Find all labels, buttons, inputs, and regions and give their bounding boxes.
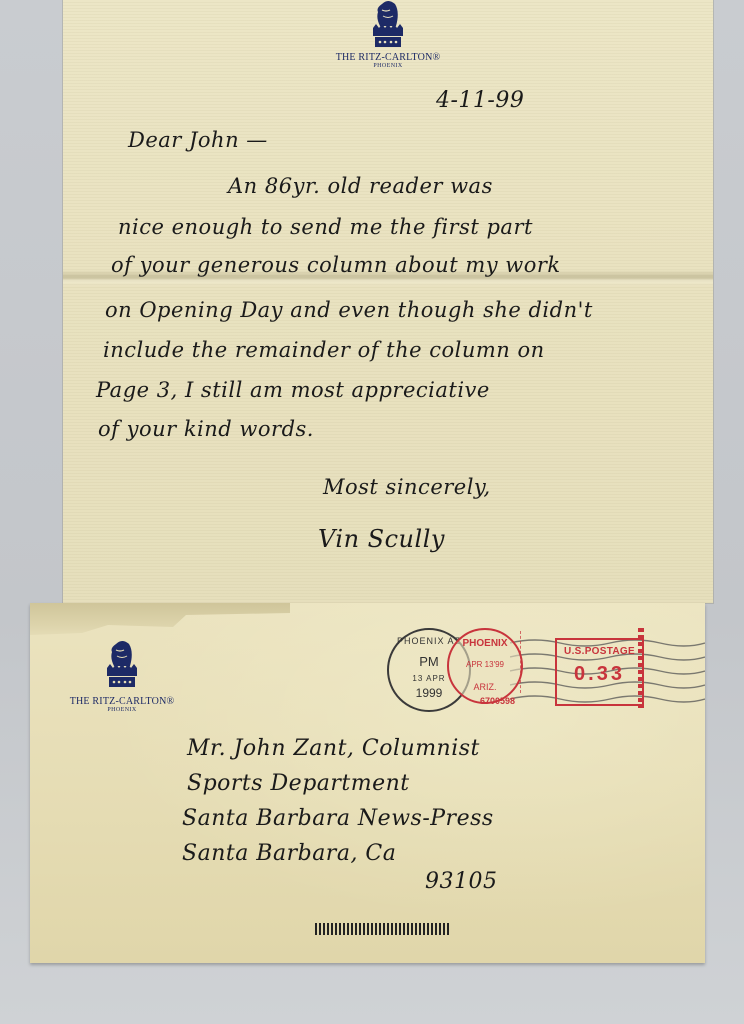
- body-line: of your generous column about my work: [111, 253, 561, 277]
- lion-crown-logo-icon: [368, 0, 408, 52]
- closing: Most sincerely,: [323, 475, 491, 499]
- envelope-city: PHOENIX: [62, 707, 182, 713]
- address-line: Santa Barbara, Ca: [182, 841, 396, 866]
- signature: Vin Scully: [318, 525, 445, 553]
- body-line: of your kind words.: [98, 417, 314, 441]
- letterhead-city: PHOENIX: [333, 63, 443, 69]
- letterhead-brand: THE RITZ-CARLTON®: [333, 52, 443, 63]
- postal-barcode: [315, 923, 450, 935]
- postage-meter: U.S.POSTAGE 0.33: [555, 638, 644, 706]
- body-line: on Opening Day and even though she didn'…: [105, 298, 593, 322]
- meter-number: 6700598: [480, 696, 515, 706]
- body-line: Page 3, I still am most appreciative: [96, 378, 490, 402]
- letter-date: 4-11-99: [436, 88, 524, 113]
- meter-border-dots: [638, 628, 644, 708]
- letterhead: THE RITZ-CARLTON® PHOENIX: [333, 0, 443, 69]
- address-line: Sports Department: [187, 771, 410, 796]
- body-line: include the remainder of the column on: [103, 338, 545, 362]
- salutation: Dear John —: [128, 128, 268, 152]
- envelope-brand: THE RITZ-CARLTON®: [62, 696, 182, 707]
- envelope: THE RITZ-CARLTON® PHOENIX PHOENIX AZ PM …: [30, 603, 705, 963]
- letter-sheet: THE RITZ-CARLTON® PHOENIX 4-11-99 Dear J…: [63, 0, 713, 603]
- envelope-letterhead: THE RITZ-CARLTON® PHOENIX: [62, 636, 182, 713]
- body-line: An 86yr. old reader was: [228, 174, 493, 198]
- meter-date: APR 13'99: [449, 660, 521, 669]
- meter-state: ARIZ.: [449, 682, 521, 692]
- lion-crown-logo-icon: [102, 636, 142, 696]
- address-line: Santa Barbara News-Press: [182, 806, 494, 831]
- meter-postmark: PHOENIX APR 13'99 ARIZ.: [447, 628, 523, 704]
- address-zip: 93105: [425, 869, 498, 894]
- postage-amount: 0.33: [557, 663, 642, 686]
- eagle-emblem-icon: [520, 631, 553, 693]
- body-line: nice enough to send me the first part: [118, 215, 533, 239]
- postage-label: U.S.POSTAGE: [557, 646, 642, 657]
- meter-city: PHOENIX: [449, 638, 521, 649]
- address-line: Mr. John Zant, Columnist: [187, 736, 480, 761]
